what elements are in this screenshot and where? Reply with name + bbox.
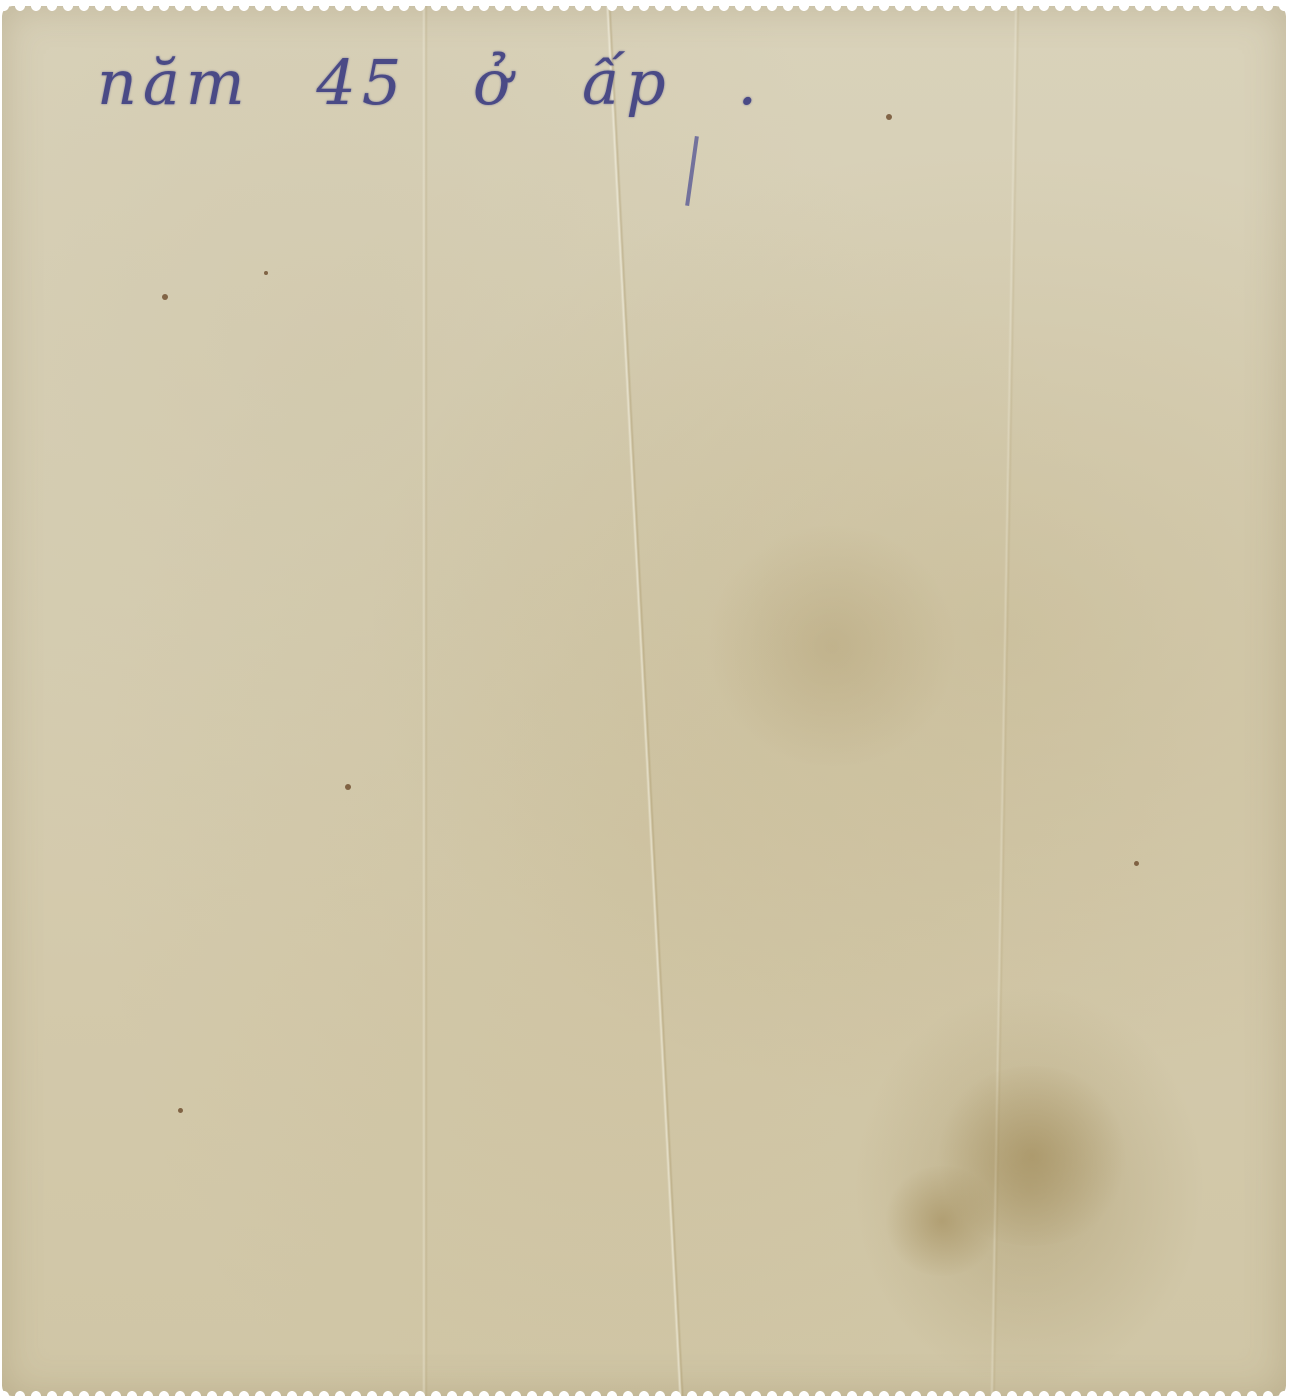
speck bbox=[1134, 861, 1139, 866]
speck bbox=[264, 271, 268, 275]
speck bbox=[178, 1108, 183, 1113]
photo-back: năm 45 ở ấp . bbox=[2, 6, 1286, 1396]
speck bbox=[345, 784, 351, 790]
water-stain bbox=[882, 1166, 1002, 1276]
fold-crease-center bbox=[606, 6, 685, 1396]
handwritten-inscription: năm 45 ở ấp . bbox=[97, 46, 763, 119]
speck bbox=[886, 114, 892, 120]
water-stain bbox=[702, 526, 962, 766]
speck bbox=[162, 294, 168, 300]
fold-crease-left bbox=[422, 6, 428, 1396]
ink-stroke bbox=[685, 136, 699, 206]
